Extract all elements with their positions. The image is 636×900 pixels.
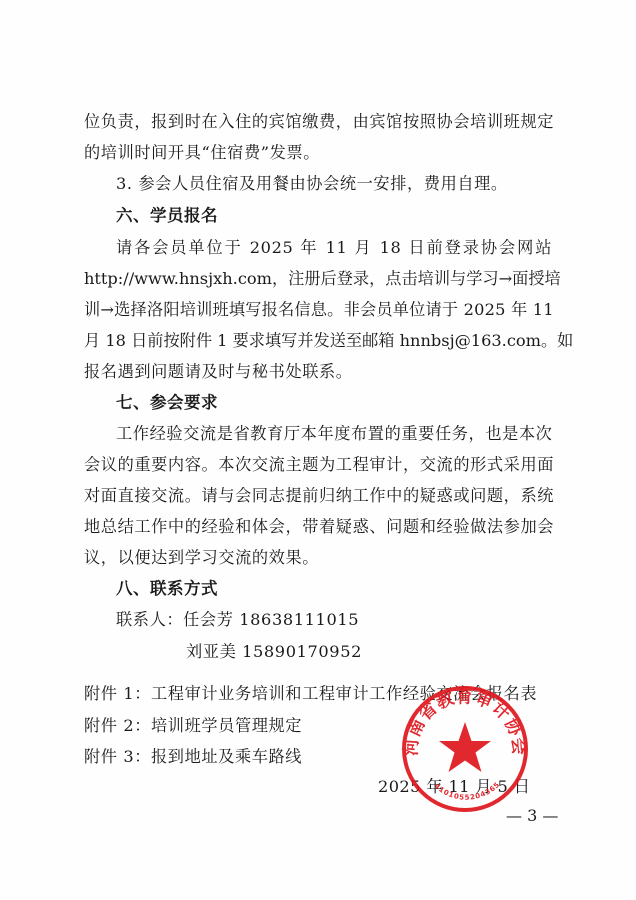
paragraph-line: 请各会员单位于 2025 年 11 月 18 日前登录协会网站	[116, 238, 552, 258]
paragraph-line: 地总结工作中的经验和体会，带着疑惑、问题和经验做法参加会	[84, 517, 552, 537]
paragraph-line: 3. 参会人员住宿及用餐由协会统一安排，费用自理。	[116, 174, 552, 194]
paragraph-line: 的培训时间开具“住宿费”发票。	[84, 143, 552, 163]
paragraph-line: 报名遇到问题请及时与秘书处联系。	[84, 362, 552, 382]
section-heading-registration: 六、学员报名	[116, 206, 584, 226]
page-number: — 3 —	[506, 806, 558, 826]
document-page: 位负责，报到时在入住的宾馆缴费，由宾馆按照协会培训班规定 的培训时间开具“住宿费…	[0, 0, 636, 900]
section-heading-contact: 八、联系方式	[116, 579, 584, 599]
contact-line-1: 联系人：任会芳 18638111015	[116, 610, 584, 630]
paragraph-line: 月 18 日前按附件 1 要求填写并发送至邮箱 hnnbsj@163.com。如	[84, 331, 552, 351]
paragraph-line: 训→选择洛阳培训班填写报名信息。非会员单位请于 2025 年 11	[84, 300, 552, 320]
paragraph-line: http://www.hnsjxh.com，注册后登录，点击培训与学习→面授培	[84, 269, 552, 289]
paragraph-line: 工作经验交流是省教育厅本年度布置的重要任务，也是本次	[116, 424, 552, 444]
document-date: 2025 年 11 月 5 日	[378, 777, 530, 797]
attachment-2: 附件 2：培训班学员管理规定	[84, 716, 552, 736]
paragraph-line: 位负责，报到时在入住的宾馆缴费，由宾馆按照协会培训班规定	[84, 112, 552, 132]
section-heading-requirements: 七、参会要求	[116, 393, 584, 413]
contact-line-2: 刘亚美 15890170952	[186, 642, 636, 662]
paragraph-line: 会议的重要内容。本次交流主题为工程审计，交流的形式采用面	[84, 455, 552, 475]
attachment-3: 附件 3：报到地址及乘车路线	[84, 747, 552, 767]
paragraph-line: 对面直接交流。请与会同志提前归纳工作中的疑惑或问题，系统	[84, 486, 552, 506]
attachment-1: 附件 1：工程审计业务培训和工程审计工作经验交流会报名表	[84, 684, 552, 704]
paragraph-line: 议，以便达到学习交流的效果。	[84, 548, 552, 568]
